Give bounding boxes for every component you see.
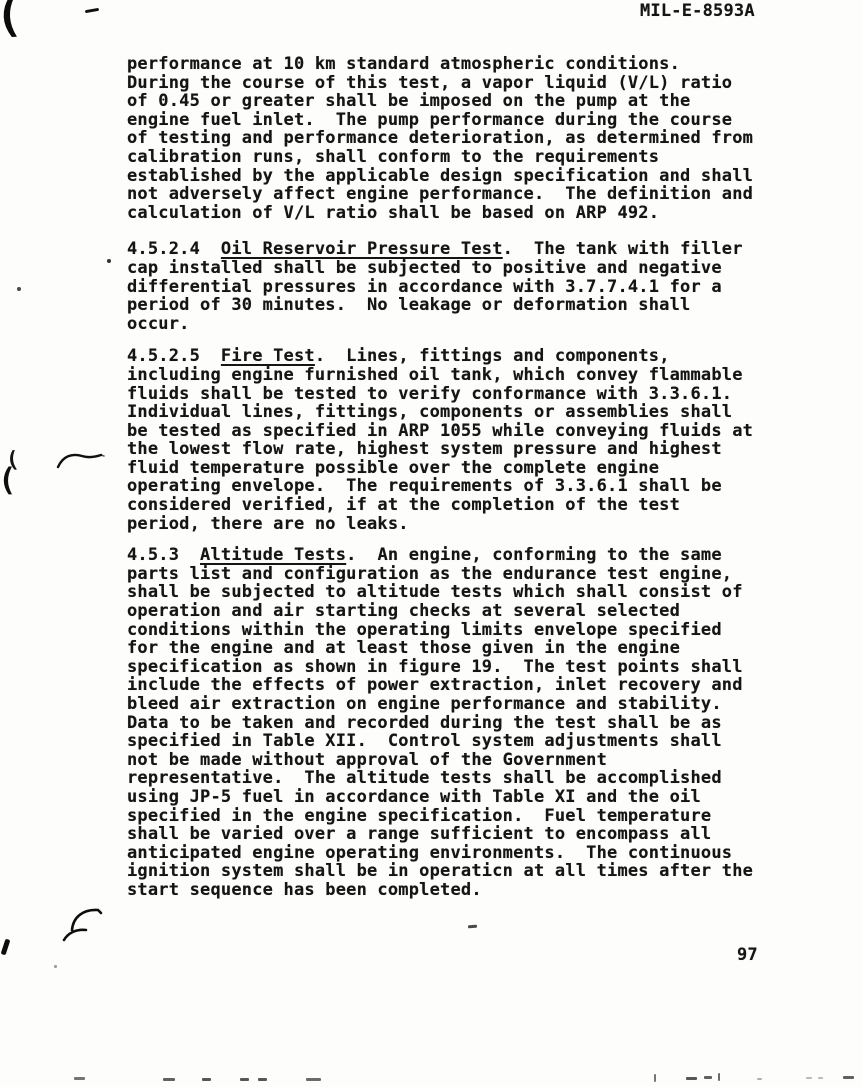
scan-artifact-dot — [107, 259, 111, 263]
scan-artifact-edge-tick — [718, 1073, 720, 1081]
paragraph-body: performance at 10 km standard atmospheri… — [127, 55, 807, 222]
document-number-header: MIL-E-8593A — [640, 2, 755, 21]
scan-artifact-paren-top-left: ( — [0, 0, 24, 43]
paragraph: 4.5.2.4 Oil Reservoir Pressure Test. The… — [127, 240, 807, 333]
heading-rest: . The tank with filler — [503, 239, 743, 259]
paragraph-heading: 4.5.3 Altitude Tests. An engine, conform… — [127, 546, 807, 565]
body-text: performance at 10 km standard atmospheri… — [127, 55, 807, 900]
paragraph: 4.5.3 Altitude Tests. An engine, conform… — [127, 546, 807, 899]
paragraph: performance at 10 km standard atmospheri… — [127, 55, 807, 222]
paragraph: 4.5.2.5 Fire Test. Lines, fittings and c… — [127, 347, 807, 533]
scan-artifact-blob-left — [1, 939, 11, 956]
paragraph-body: including engine furnished oil tank, whi… — [127, 366, 807, 533]
scanned-document-page: MIL-E-8593A performance at 10 km standar… — [0, 0, 862, 1087]
section-title: Oil Reservoir Pressure Test — [221, 239, 503, 259]
scan-artifact-paren-mid-large: ( — [0, 462, 17, 498]
scan-artifact-edge-tick — [843, 1076, 854, 1079]
scan-artifact-dot — [17, 287, 21, 291]
paragraph-heading: 4.5.2.5 Fire Test. Lines, fittings and c… — [127, 347, 807, 366]
scan-artifact-edge-tick — [757, 1078, 762, 1080]
scan-artifact-edge-tick — [306, 1078, 321, 1081]
section-number: 4.5.2.5 — [127, 346, 221, 366]
paragraph-body: parts list and configuration as the endu… — [127, 565, 807, 900]
scan-artifact-edge-tick — [654, 1074, 656, 1082]
section-number: 4.5.2.4 — [127, 239, 221, 259]
scan-artifact-edge-tick — [818, 1077, 823, 1079]
scan-artifact-edge-tick — [240, 1078, 249, 1081]
section-title: Fire Test — [221, 346, 315, 366]
scan-artifact-edge-tick — [704, 1076, 712, 1079]
scan-artifact-edge-tick — [258, 1078, 267, 1081]
scan-artifact-dot — [54, 965, 57, 968]
scan-artifact-edge-tick — [202, 1078, 211, 1081]
scan-artifact-dash-mid — [468, 925, 477, 929]
handwritten-squiggle-mid — [56, 447, 106, 477]
scan-artifact-edge-tick — [686, 1077, 697, 1080]
scan-artifact-paren-mid-small: ( — [5, 447, 21, 473]
scan-artifact-dash-top — [85, 8, 99, 13]
page-number: 97 — [737, 946, 758, 965]
paragraph-heading: 4.5.2.4 Oil Reservoir Pressure Test. The… — [127, 240, 807, 259]
handwritten-squiggle-bottom — [60, 902, 110, 944]
paragraph-body: cap installed shall be subjected to posi… — [127, 259, 807, 333]
heading-rest: . An engine, conforming to the same — [346, 545, 722, 565]
scan-artifact-edge-tick — [163, 1078, 175, 1081]
scan-artifact-edge-tick — [74, 1077, 85, 1080]
scan-artifact-edge-tick — [806, 1077, 812, 1079]
section-number: 4.5.3 — [127, 545, 200, 565]
heading-rest: . Lines, fittings and components, — [315, 346, 670, 366]
section-title: Altitude Tests — [200, 545, 346, 565]
